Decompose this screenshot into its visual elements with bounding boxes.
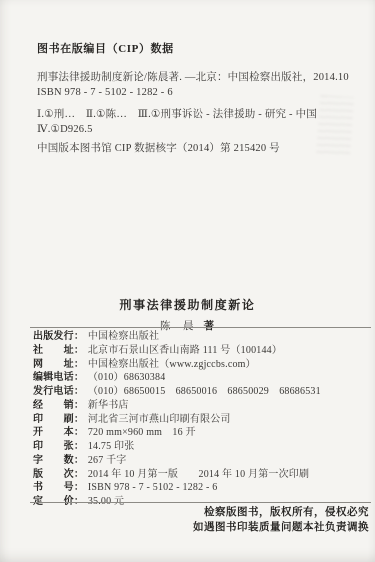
colophon-value: 2014 年 10 月第一版 2014 年 10 月第一次印刷 — [88, 468, 309, 482]
book-title: 刑事法律援助制度新论 — [0, 296, 375, 313]
colophon-row-distribution-phone: 发行电话：（010）68650015 68650016 68650029 686… — [33, 385, 365, 399]
colophon-colon: ： — [74, 371, 84, 385]
divider-top — [30, 327, 371, 328]
cip-isbn-line: ISBN 978 - 7 - 5102 - 1282 - 6 — [37, 85, 359, 100]
colophon-value: 新华书店 — [88, 399, 129, 413]
colophon-row-distributor: 经 销：新华书店 — [33, 399, 365, 413]
colophon-label: 版 次 — [33, 468, 74, 482]
colophon-label: 印 张 — [33, 440, 74, 454]
colophon-colon: ： — [74, 344, 84, 358]
cip-block: 图书在版编目（CIP）数据 刑事法律援助制度新论/陈晨著. —北京：中国检察出版… — [37, 40, 359, 156]
colophon-label: 印 刷 — [33, 413, 74, 427]
colophon-value: 267 千字 — [88, 454, 127, 468]
colophon-label: 经 销 — [33, 399, 74, 413]
cip-classification-line-1: Ⅰ.①刑… Ⅱ.①陈… Ⅲ.①刑事诉讼 - 法律援助 - 研究 - 中国 — [37, 107, 359, 122]
colophon-label: 社 址 — [33, 344, 74, 358]
colophon-label: 开 本 — [33, 426, 74, 440]
colophon-colon: ： — [74, 440, 84, 454]
colophon-row-format: 开 本：720 mm×960 mm 16 开 — [33, 426, 365, 440]
colophon-label: 发行电话 — [33, 385, 74, 399]
colophon-colon: ： — [74, 481, 84, 495]
colophon-value: （010）68630384 — [88, 371, 166, 385]
colophon-colon: ： — [74, 413, 84, 427]
colophon-colon: ： — [74, 468, 84, 482]
colophon-value: 北京市石景山区香山南路 111 号（100144） — [88, 344, 282, 358]
colophon-colon: ： — [74, 399, 84, 413]
colophon-row-website: 网 址：中国检察出版社（www.zgjccbs.com） — [33, 358, 365, 372]
colophon-row-sheets: 印 张：14.75 印张 — [33, 440, 365, 454]
colophon-colon: ： — [74, 426, 84, 440]
colophon-row-printer: 印 刷：河北省三河市燕山印刷有限公司 — [33, 413, 365, 427]
colophon-row-address: 社 址：北京市石景山区香山南路 111 号（100144） — [33, 344, 365, 358]
colophon-label: 网 址 — [33, 358, 74, 372]
copyright-notice-line-1: 检察版图书，版权所有，侵权必究 — [193, 506, 369, 521]
colophon-row-isbn: 书 号：ISBN 978 - 7 - 5102 - 1282 - 6 — [33, 481, 365, 495]
colophon-row-editorial-phone: 编辑电话：（010）68630384 — [33, 371, 365, 385]
colophon-value: 中国检察出版社 — [88, 330, 159, 344]
copyright-page: 图书在版编目（CIP）数据 刑事法律援助制度新论/陈晨著. —北京：中国检察出版… — [0, 0, 375, 562]
colophon-colon: ： — [74, 358, 84, 372]
colophon-colon: ： — [74, 454, 84, 468]
colophon-label: 字 数 — [33, 454, 74, 468]
divider-bottom — [30, 502, 371, 503]
cip-record-number-line: 中国版本图书馆 CIP 数据核字（2014）第 215420 号 — [37, 141, 359, 156]
colophon-colon: ： — [74, 385, 84, 399]
colophon-value: ISBN 978 - 7 - 5102 - 1282 - 6 — [88, 481, 218, 495]
cip-heading: 图书在版编目（CIP）数据 — [37, 40, 359, 56]
cip-classification-line-2: Ⅳ.①D926.5 — [37, 122, 359, 137]
colophon-value: 中国检察出版社（www.zgjccbs.com） — [88, 358, 256, 372]
cip-record-line: 刑事法律援助制度新论/陈晨著. —北京：中国检察出版社，2014.10 — [37, 70, 359, 85]
colophon-row-wordcount: 字 数：267 千字 — [33, 454, 365, 468]
colophon-value: （010）68650015 68650016 68650029 68686531 — [88, 385, 321, 399]
colophon-value: 720 mm×960 mm 16 开 — [88, 426, 196, 440]
scan-bleed-artifact — [316, 95, 354, 159]
colophon-row-publisher: 出版发行：中国检察出版社 — [33, 330, 365, 344]
colophon-row-edition: 版 次：2014 年 10 月第一版 2014 年 10 月第一次印刷 — [33, 468, 365, 482]
colophon-value: 河北省三河市燕山印刷有限公司 — [88, 413, 231, 427]
copyright-notices: 检察版图书，版权所有，侵权必究 如遇图书印装质量问题本社负责调换 — [193, 506, 369, 536]
colophon-label: 编辑电话 — [33, 371, 74, 385]
copyright-notice-line-2: 如遇图书印装质量问题本社负责调换 — [193, 521, 369, 536]
colophon-label: 出版发行 — [33, 330, 74, 344]
colophon-colon: ： — [74, 330, 84, 344]
colophon-value: 14.75 印张 — [88, 440, 135, 454]
colophon-list: 出版发行：中国检察出版社 社 址：北京市石景山区香山南路 111 号（10014… — [33, 330, 365, 509]
colophon-label: 书 号 — [33, 481, 74, 495]
